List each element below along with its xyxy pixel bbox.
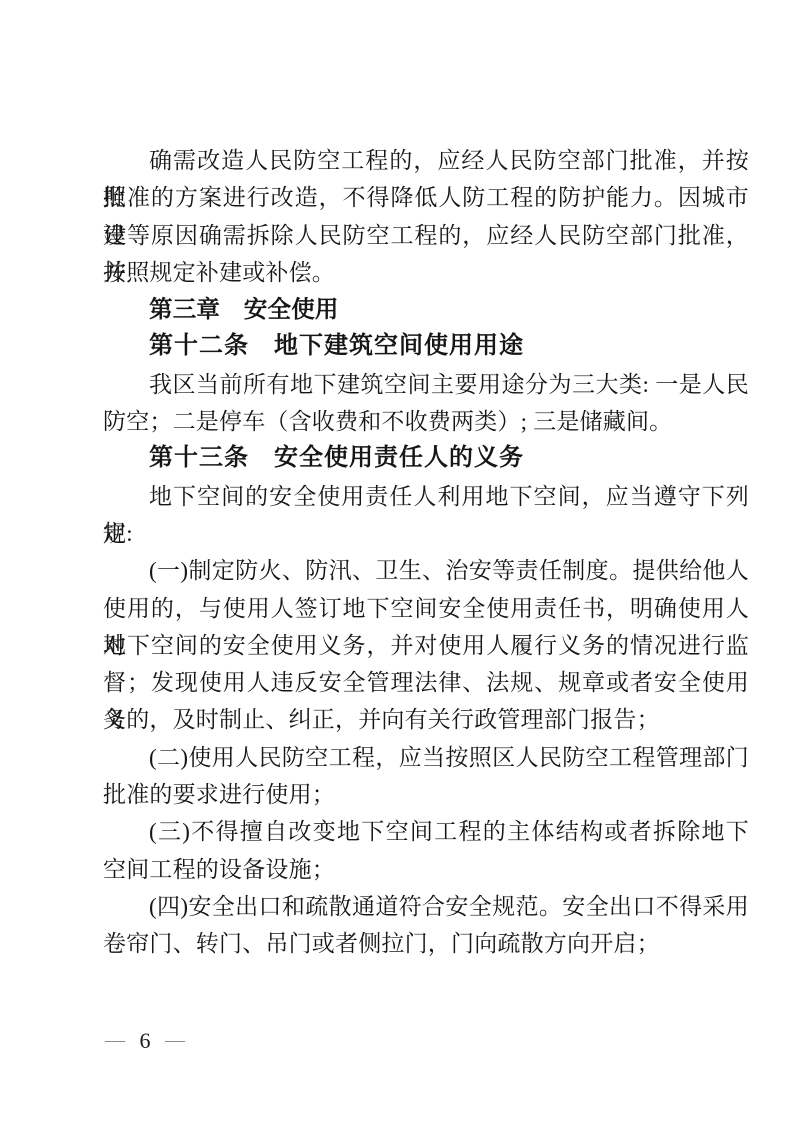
body-text-line: 地下空间的安全使用义务，并对使用人履行义务的情况进行监 bbox=[103, 627, 749, 664]
body-text-line: 防空；二是停车（含收费和不收费两类）; 三是储藏间。 bbox=[103, 403, 749, 440]
footer-dash-right: — bbox=[165, 1029, 185, 1051]
body-text-line: 按照规定补建或补偿。 bbox=[103, 254, 749, 291]
footer-dash-left: — bbox=[105, 1029, 125, 1051]
body-text-line: 卷帘门、转门、吊门或者侧拉门，门向疏散方向开启； bbox=[103, 925, 749, 962]
body-text-line: (三)不得擅自改变地下空间工程的主体结构或者拆除地下 bbox=[103, 813, 749, 850]
body-text-line: 确需改造人民防空工程的，应经人民防空部门批准，并按照 bbox=[103, 142, 749, 179]
body-text-line: (一)制定防火、防汛、卫生、治安等责任制度。提供给他人 bbox=[103, 552, 749, 589]
body-text-line: 地下空间的安全使用责任人利用地下空间，应当遵守下列规 bbox=[103, 478, 749, 515]
body-text-line: 定: bbox=[103, 515, 749, 552]
chapter-heading: 第三章 安全使用 bbox=[103, 291, 749, 328]
page-number: 6 bbox=[140, 1028, 151, 1053]
body-text-line: (四)安全出口和疏散通道符合安全规范。安全出口不得采用 bbox=[103, 888, 749, 925]
body-text-line: 空间工程的设备设施； bbox=[103, 851, 749, 888]
body-text-line: (二)使用人民防空工程，应当按照区人民防空工程管理部门 bbox=[103, 739, 749, 776]
page-footer: — 6 — bbox=[105, 1027, 185, 1054]
body-text-line: 我区当前所有地下建筑空间主要用途分为三大类: 一是人民 bbox=[103, 366, 749, 403]
body-text-line: 使用的，与使用人签订地下空间安全使用责任书，明确使用人对 bbox=[103, 590, 749, 627]
body-text-line: 务的，及时制止、纠正，并向有关行政管理部门报告； bbox=[103, 701, 749, 738]
body-text-line: 批准的方案进行改造，不得降低人防工程的防护能力。因城市建 bbox=[103, 179, 749, 216]
article-heading-13: 第十三条 安全使用责任人的义务 bbox=[103, 440, 749, 477]
body-text-line: 设等原因确需拆除人民防空工程的，应经人民防空部门批准，并 bbox=[103, 217, 749, 254]
article-heading-12: 第十二条 地下建筑空间使用用途 bbox=[103, 328, 749, 365]
body-text-line: 批准的要求进行使用； bbox=[103, 776, 749, 813]
document-body: 确需改造人民防空工程的，应经人民防空部门批准，并按照 批准的方案进行改造，不得降… bbox=[103, 142, 749, 963]
body-text-line: 督；发现使用人违反安全管理法律、法规、规章或者安全使用义 bbox=[103, 664, 749, 701]
document-page: 确需改造人民防空工程的，应经人民防空部门批准，并按照 批准的方案进行改造，不得降… bbox=[0, 0, 793, 1122]
